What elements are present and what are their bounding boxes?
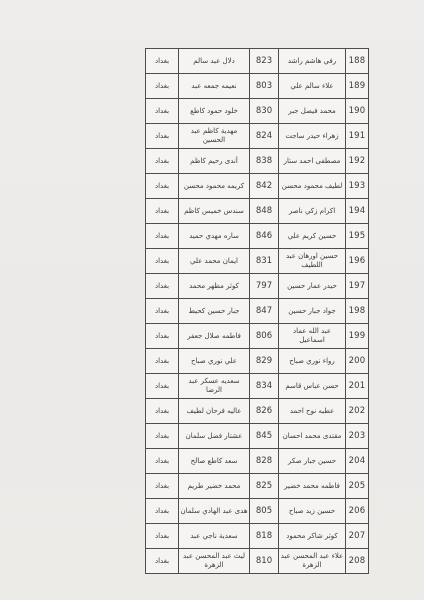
- city-cell: بغداد: [146, 549, 179, 574]
- table-row: 201 حسن عباس قاسم 834 سعديه عسكر عبد الر…: [146, 374, 369, 399]
- table-row: 196 حسين اورهان عبد اللطيف 831 ايمان محم…: [146, 249, 369, 274]
- name-b-cell: جبار حسين كحيط: [179, 299, 250, 324]
- name-b-cell: علي نوري صباح: [179, 349, 250, 374]
- code-cell: 842: [250, 174, 279, 199]
- table-row: 202 عطيه نوح احمد 826 عاليه فرحان لطيف ب…: [146, 399, 369, 424]
- code-cell: 824: [250, 124, 279, 149]
- name-b-cell: ساره مهدي حميد: [179, 224, 250, 249]
- table-row: 192 مصطفى احمد ستار 838 أندى رحيم كاظم ب…: [146, 149, 369, 174]
- row-number-cell: 188: [346, 49, 369, 74]
- records-table-body: 188 رفي هاشم راشد 823 دلال عبد سالم بغدا…: [146, 49, 369, 574]
- row-number-cell: 198: [346, 299, 369, 324]
- name-b-cell: نعيمه جمعه عبد: [179, 74, 250, 99]
- code-cell: 834: [250, 374, 279, 399]
- name-b-cell: مهدية كاظم عبد الحسين: [179, 124, 250, 149]
- code-cell: 806: [250, 324, 279, 349]
- name-a-cell: علاء عبد المحسن عبد الزهرة: [279, 549, 346, 574]
- code-cell: 845: [250, 424, 279, 449]
- table-row: 207 كوثر شاكر محمود 818 سعدية ناجي عبد ب…: [146, 524, 369, 549]
- table-row: 188 رفي هاشم راشد 823 دلال عبد سالم بغدا…: [146, 49, 369, 74]
- name-a-cell: جواد جبار حسين: [279, 299, 346, 324]
- row-number-cell: 208: [346, 549, 369, 574]
- name-b-cell: سندس خميس كاظم: [179, 199, 250, 224]
- name-a-cell: لطيف محمود محسن: [279, 174, 346, 199]
- name-a-cell: اكرام زكي ناصر: [279, 199, 346, 224]
- table-row: 191 زهراء حيدر ساجت 824 مهدية كاظم عبد ا…: [146, 124, 369, 149]
- table-row: 189 علاء سالم علي 803 نعيمه جمعه عبد بغد…: [146, 74, 369, 99]
- row-number-cell: 199: [346, 324, 369, 349]
- name-b-cell: فاطمه صلال جعفر: [179, 324, 250, 349]
- code-cell: 828: [250, 449, 279, 474]
- table-row: 195 حسين كريم علي 846 ساره مهدي حميد بغد…: [146, 224, 369, 249]
- code-cell: 838: [250, 149, 279, 174]
- row-number-cell: 193: [346, 174, 369, 199]
- name-a-cell: مصطفى احمد ستار: [279, 149, 346, 174]
- code-cell: 826: [250, 399, 279, 424]
- name-a-cell: رفي هاشم راشد: [279, 49, 346, 74]
- name-a-cell: حسين زيد صباح: [279, 499, 346, 524]
- name-b-cell: عشتار فضل سلمان: [179, 424, 250, 449]
- name-a-cell: عطيه نوح احمد: [279, 399, 346, 424]
- name-a-cell: حسين اورهان عبد اللطيف: [279, 249, 346, 274]
- row-number-cell: 195: [346, 224, 369, 249]
- code-cell: 810: [250, 549, 279, 574]
- row-number-cell: 204: [346, 449, 369, 474]
- name-b-cell: ايمان محمد علي: [179, 249, 250, 274]
- row-number-cell: 192: [346, 149, 369, 174]
- city-cell: بغداد: [146, 149, 179, 174]
- table-row: 205 فاطمه محمد خضير 825 محمد خضير طريم ب…: [146, 474, 369, 499]
- code-cell: 846: [250, 224, 279, 249]
- city-cell: بغداد: [146, 449, 179, 474]
- name-a-cell: مقتدى محمد احسان: [279, 424, 346, 449]
- row-number-cell: 194: [346, 199, 369, 224]
- code-cell: 805: [250, 499, 279, 524]
- name-b-cell: سعديه عسكر عبد الرضا: [179, 374, 250, 399]
- row-number-cell: 190: [346, 99, 369, 124]
- name-b-cell: محمد خضير طريم: [179, 474, 250, 499]
- city-cell: بغداد: [146, 199, 179, 224]
- table-row: 203 مقتدى محمد احسان 845 عشتار فضل سلمان…: [146, 424, 369, 449]
- name-a-cell: حسين جبار صكر: [279, 449, 346, 474]
- row-number-cell: 207: [346, 524, 369, 549]
- city-cell: بغداد: [146, 524, 179, 549]
- row-number-cell: 196: [346, 249, 369, 274]
- code-cell: 847: [250, 299, 279, 324]
- row-number-cell: 206: [346, 499, 369, 524]
- row-number-cell: 201: [346, 374, 369, 399]
- table-row: 206 حسين زيد صباح 805 هدى عبد الهادي سلم…: [146, 499, 369, 524]
- name-b-cell: كوثر مظهر محمد: [179, 274, 250, 299]
- city-cell: بغداد: [146, 399, 179, 424]
- records-table: 188 رفي هاشم راشد 823 دلال عبد سالم بغدا…: [145, 48, 369, 574]
- city-cell: بغداد: [146, 124, 179, 149]
- name-a-cell: حسين كريم علي: [279, 224, 346, 249]
- row-number-cell: 189: [346, 74, 369, 99]
- row-number-cell: 191: [346, 124, 369, 149]
- name-a-cell: عبد الله عماد اسماعيل: [279, 324, 346, 349]
- row-number-cell: 197: [346, 274, 369, 299]
- row-number-cell: 202: [346, 399, 369, 424]
- name-b-cell: سعد كاطع صالح: [179, 449, 250, 474]
- name-b-cell: كريمه محمود محسن: [179, 174, 250, 199]
- name-a-cell: فاطمه محمد خضير: [279, 474, 346, 499]
- code-cell: 848: [250, 199, 279, 224]
- city-cell: بغداد: [146, 324, 179, 349]
- table-row: 190 محمد فيصل جبر 830 خلود حمود كاطع بغد…: [146, 99, 369, 124]
- name-b-cell: ليث عبد المحسن عبد الزهرة: [179, 549, 250, 574]
- city-cell: بغداد: [146, 274, 179, 299]
- name-a-cell: زهراء حيدر ساجت: [279, 124, 346, 149]
- city-cell: بغداد: [146, 474, 179, 499]
- name-b-cell: عاليه فرحان لطيف: [179, 399, 250, 424]
- table-row: 208 علاء عبد المحسن عبد الزهرة 810 ليث ع…: [146, 549, 369, 574]
- name-b-cell: خلود حمود كاطع: [179, 99, 250, 124]
- name-a-cell: علاء سالم علي: [279, 74, 346, 99]
- code-cell: 818: [250, 524, 279, 549]
- name-b-cell: هدى عبد الهادي سلمان: [179, 499, 250, 524]
- scanned-document-page: 188 رفي هاشم راشد 823 دلال عبد سالم بغدا…: [0, 0, 424, 600]
- city-cell: بغداد: [146, 299, 179, 324]
- name-a-cell: رواء نوري صباح: [279, 349, 346, 374]
- table-row: 204 حسين جبار صكر 828 سعد كاطع صالح بغدا…: [146, 449, 369, 474]
- code-cell: 831: [250, 249, 279, 274]
- name-a-cell: محمد فيصل جبر: [279, 99, 346, 124]
- code-cell: 797: [250, 274, 279, 299]
- city-cell: بغداد: [146, 49, 179, 74]
- name-a-cell: كوثر شاكر محمود: [279, 524, 346, 549]
- table-row: 193 لطيف محمود محسن 842 كريمه محمود محسن…: [146, 174, 369, 199]
- code-cell: 825: [250, 474, 279, 499]
- city-cell: بغداد: [146, 374, 179, 399]
- code-cell: 829: [250, 349, 279, 374]
- city-cell: بغداد: [146, 424, 179, 449]
- table-row: 200 رواء نوري صباح 829 علي نوري صباح بغد…: [146, 349, 369, 374]
- table-row: 198 جواد جبار حسين 847 جبار حسين كحيط بغ…: [146, 299, 369, 324]
- city-cell: بغداد: [146, 99, 179, 124]
- name-b-cell: دلال عبد سالم: [179, 49, 250, 74]
- city-cell: بغداد: [146, 224, 179, 249]
- name-b-cell: سعدية ناجي عبد: [179, 524, 250, 549]
- row-number-cell: 203: [346, 424, 369, 449]
- name-b-cell: أندى رحيم كاظم: [179, 149, 250, 174]
- row-number-cell: 200: [346, 349, 369, 374]
- table-row: 194 اكرام زكي ناصر 848 سندس خميس كاظم بغ…: [146, 199, 369, 224]
- city-cell: بغداد: [146, 74, 179, 99]
- row-number-cell: 205: [346, 474, 369, 499]
- table-row: 199 عبد الله عماد اسماعيل 806 فاطمه صلال…: [146, 324, 369, 349]
- name-a-cell: حيدر عمار حسين: [279, 274, 346, 299]
- code-cell: 803: [250, 74, 279, 99]
- city-cell: بغداد: [146, 349, 179, 374]
- city-cell: بغداد: [146, 499, 179, 524]
- code-cell: 823: [250, 49, 279, 74]
- code-cell: 830: [250, 99, 279, 124]
- city-cell: بغداد: [146, 249, 179, 274]
- city-cell: بغداد: [146, 174, 179, 199]
- name-a-cell: حسن عباس قاسم: [279, 374, 346, 399]
- table-row: 197 حيدر عمار حسين 797 كوثر مظهر محمد بغ…: [146, 274, 369, 299]
